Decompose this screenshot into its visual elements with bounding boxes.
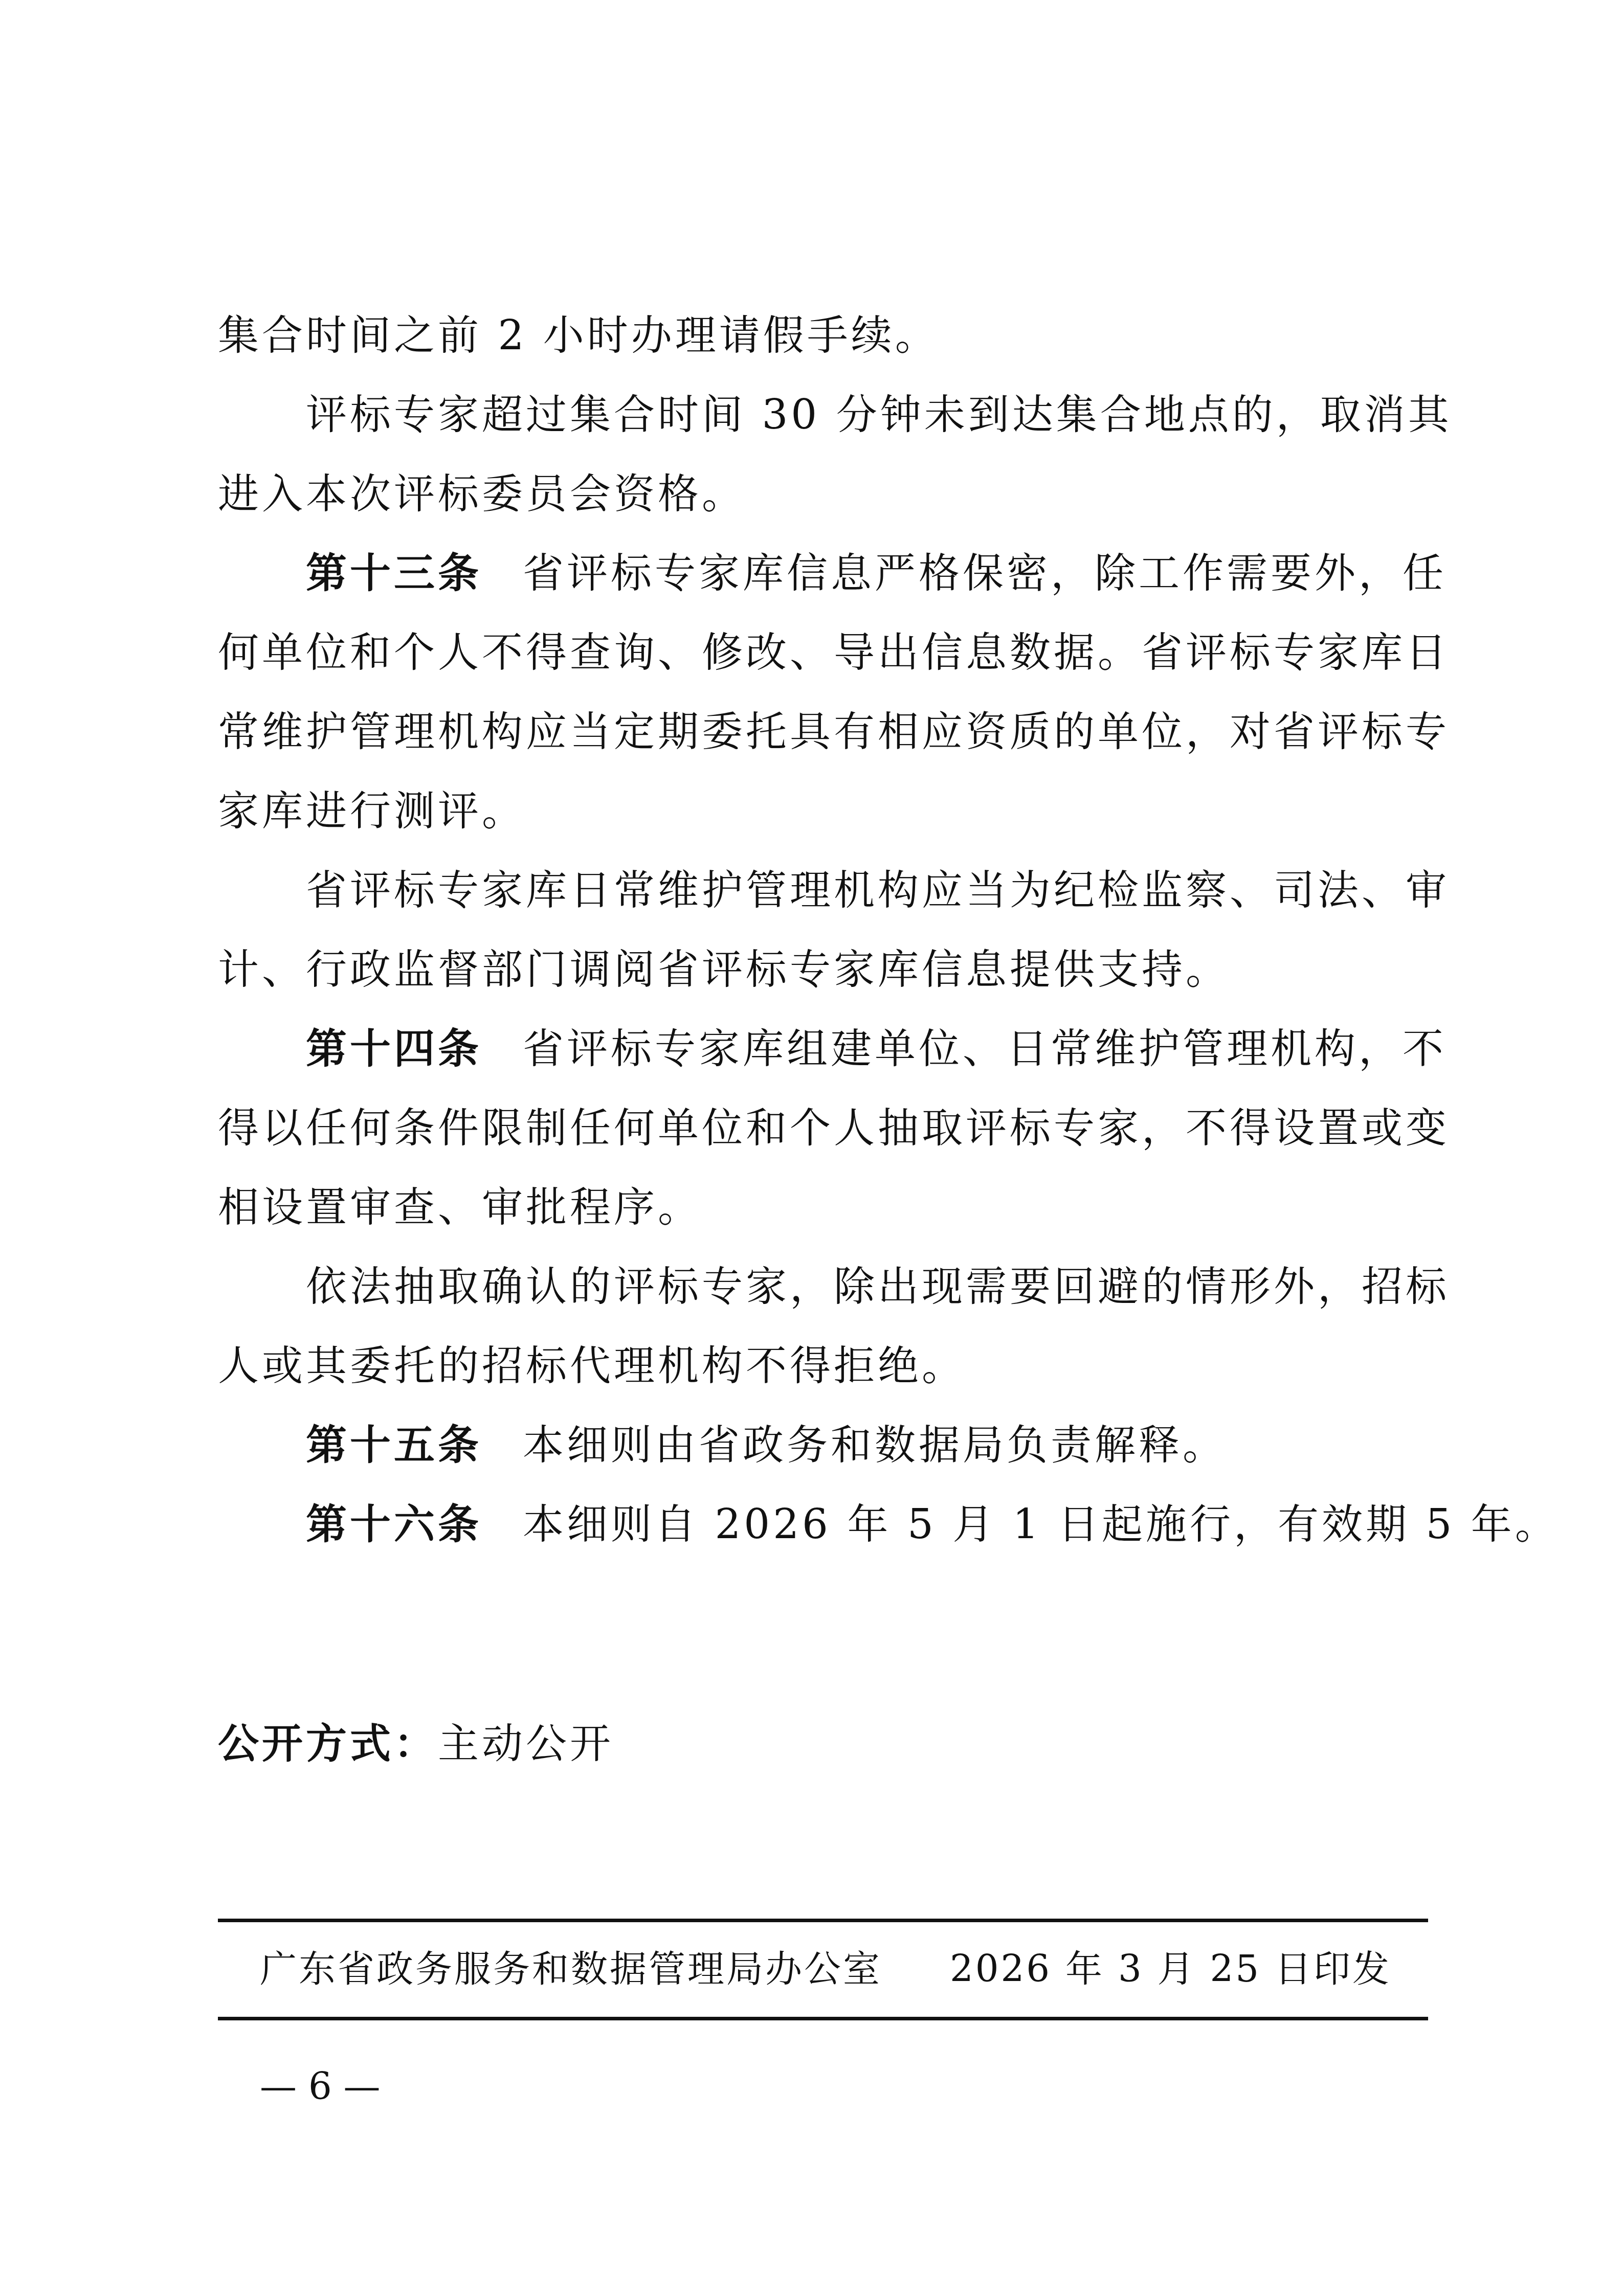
body-line: 省评标专家库日常维护管理机构应当为纪检监察、司法、审 [306, 865, 1428, 916]
body-line: 人或其委托的招标代理机构不得拒绝。 [218, 1340, 966, 1391]
article-text: 本细则自 2026 年 5 月 1 日起施行，有效期 5 年。 [523, 1500, 1559, 1548]
issue-date: 2026 年 3 月 25 日印发 [950, 1943, 1391, 1994]
footer-bottom-rule [218, 2017, 1428, 2020]
body-line: 家库进行测评。 [218, 785, 526, 837]
article-label: 第十五条 [306, 1421, 482, 1469]
body-line: 集合时间之前 2 小时办理请假手续。 [218, 310, 939, 361]
disclosure-value: 主动公开 [438, 1720, 614, 1767]
article-label: 第十六条 [306, 1500, 482, 1548]
article-text: 本细则由省政务和数据局负责解释。 [523, 1421, 1227, 1469]
body-line: 相设置审查、审批程序。 [218, 1182, 702, 1233]
article-15: 第十五条本细则由省政务和数据局负责解释。 [306, 1420, 1227, 1471]
body-line: 依法抽取确认的评标专家，除出现需要回避的情形外，招标 [306, 1261, 1428, 1312]
article-text: 省评标专家库信息严格保密，除工作需要外，任 [523, 549, 1447, 597]
article-label: 第十四条 [306, 1025, 482, 1072]
article-text: 省评标专家库组建单位、日常维护管理机构，不 [523, 1025, 1447, 1072]
article-14: 第十四条省评标专家库组建单位、日常维护管理机构，不 [306, 1023, 1428, 1074]
article-label: 第十三条 [306, 549, 482, 597]
disclosure-line: 公开方式：主动公开 [218, 1718, 614, 1769]
body-line: 计、行政监督部门调阅省评标专家库信息提供支持。 [218, 944, 1230, 995]
footer-top-rule [218, 1919, 1428, 1922]
body-line: 常维护管理机构应当定期委托具有相应资质的单位，对省评标专 [218, 706, 1428, 757]
disclosure-label: 公开方式： [218, 1720, 438, 1767]
page-number: — 6 — [260, 2061, 381, 2112]
body-line: 进入本次评标委员会资格。 [218, 468, 746, 520]
article-13: 第十三条省评标专家库信息严格保密，除工作需要外，任 [306, 548, 1428, 599]
article-16: 第十六条本细则自 2026 年 5 月 1 日起施行，有效期 5 年。 [306, 1499, 1559, 1550]
issuer-name: 广东省政务服务和数据管理局办公室 [260, 1943, 882, 1994]
body-line: 评标专家超过集合时间 30 分钟未到达集合地点的，取消其 [306, 389, 1428, 440]
body-line: 得以任何条件限制任何单位和个人抽取评标专家，不得设置或变 [218, 1102, 1428, 1154]
body-line: 何单位和个人不得查询、修改、导出信息数据。省评标专家库日 [218, 627, 1428, 678]
